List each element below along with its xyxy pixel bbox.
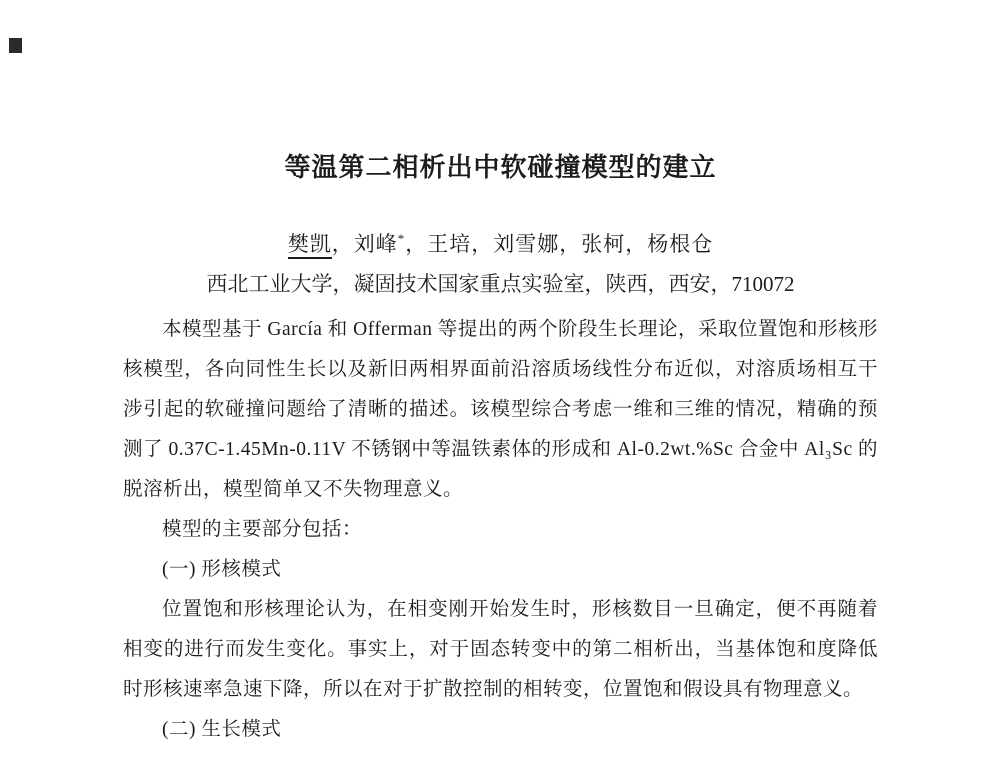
- abstract-paragraph: 本模型基于 García 和 Offerman 等提出的两个阶段生长理论，采取位…: [123, 310, 878, 510]
- page-title: 等温第二相析出中软碰撞模型的建立: [123, 150, 878, 186]
- authors-separator: ，: [332, 232, 354, 256]
- section-2-heading: (二) 生长模式: [123, 710, 878, 750]
- authors-line: 樊凯，刘峰*，王培，刘雪娜，张柯，杨根仓: [123, 228, 878, 260]
- document-content: 等温第二相析出中软碰撞模型的建立 樊凯，刘峰*，王培，刘雪娜，张柯，杨根仓 西北…: [0, 0, 1000, 750]
- outline-intro: 模型的主要部分包括：: [123, 510, 878, 550]
- section-1-body: 位置饱和形核理论认为，在相变刚开始发生时，形核数目一旦确定，便不再随着相变的进行…: [123, 590, 878, 710]
- affiliation-line: 西北工业大学，凝固技术国家重点实验室，陕西，西安，710072: [123, 268, 878, 300]
- section-1-heading: (一) 形核模式: [123, 550, 878, 590]
- scan-artifact: [9, 38, 22, 53]
- document-page: 等温第二相析出中软碰撞模型的建立 樊凯，刘峰*，王培，刘雪娜，张柯，杨根仓 西北…: [0, 0, 1000, 760]
- authors-rest: ，王培，刘雪娜，张柯，杨根仓: [405, 232, 713, 256]
- author-first: 樊凯: [288, 232, 332, 259]
- author-corresponding: 刘峰: [354, 232, 398, 256]
